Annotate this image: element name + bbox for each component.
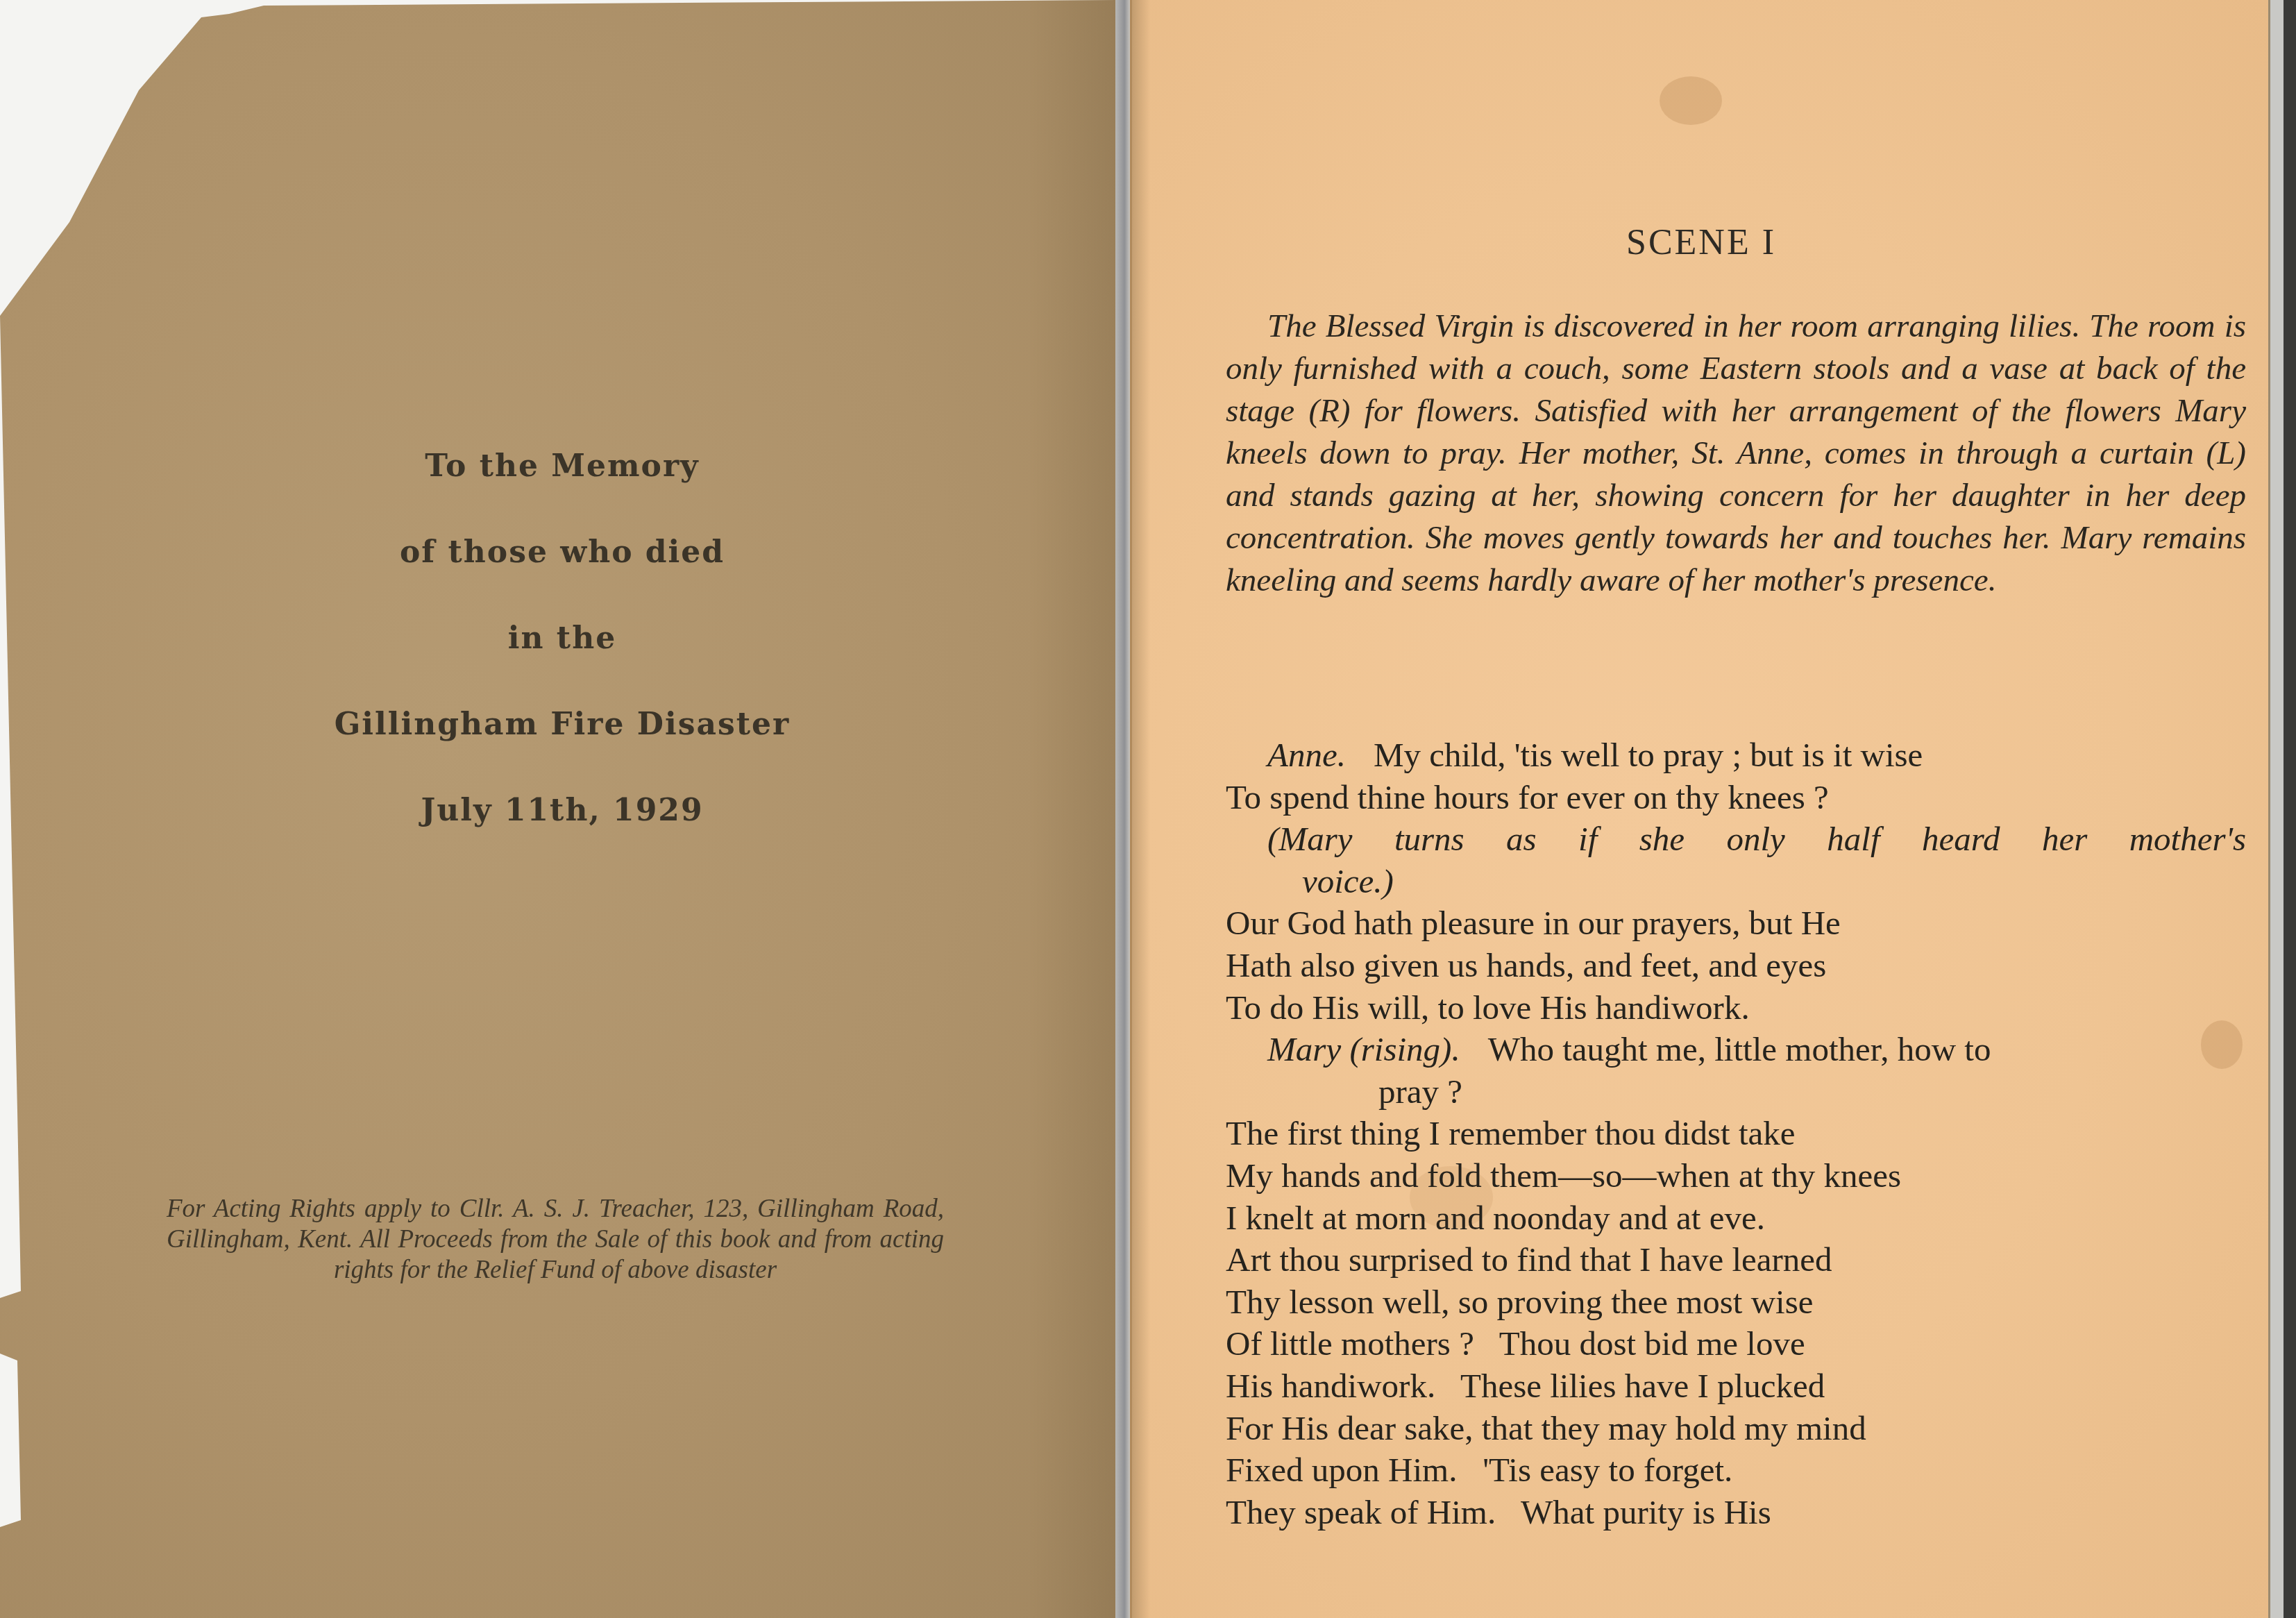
dialogue-line: My hands and fold them—so—when at thy kn… [1226,1155,2246,1197]
dialogue-line: To do His will, to love His handiwork. [1226,987,2246,1029]
dedication-line: of those who died [298,509,826,596]
dialogue-line: pray ? [1226,1071,2246,1113]
dialogue-line: Fixed upon Him. 'Tis easy to forget. [1226,1449,2246,1492]
dialogue-line: They speak of Him. What purity is His [1226,1492,2246,1534]
scene-title: SCENE I [1132,222,2270,263]
stage-direction-line: voice.) [1226,861,2246,903]
line-text: Who taught me, little mother, how to [1488,1030,1991,1068]
dialogue-line: Art thou surprised to find that I have l… [1226,1239,2246,1281]
dedication-line: in the [298,596,826,682]
dedication-block: To the Memory of those who died in the G… [298,423,826,854]
acting-rights-notice: For Acting Rights apply to Cllr. A. S. J… [167,1194,944,1286]
speaker-name: Mary (rising). [1267,1030,1460,1068]
dialogue-line: The first thing I remember thou didst ta… [1226,1113,2246,1155]
dialogue-line: For His dear sake, that they may hold my… [1226,1408,2246,1450]
dialogue-line: Mary (rising).Who taught me, little moth… [1226,1029,2246,1071]
opening-stage-direction: The Blessed Virgin is discovered in her … [1226,305,2246,602]
left-page-cover: To the Memory of those who died in the G… [0,0,1117,1618]
dialogue-line: Our God hath pleasure in our prayers, bu… [1226,902,2246,945]
paper-stain [1660,76,1722,125]
dedication-date: July 11th, 1929 [298,768,826,854]
dialogue-line: Thy lesson well, so proving thee most wi… [1226,1281,2246,1324]
dedication-line: Gillingham Fire Disaster [298,682,826,768]
right-page-scene: SCENE I The Blessed Virgin is discovered… [1130,0,2270,1618]
line-text: My child, 'tis well to pray ; but is it … [1374,736,1923,774]
stage-direction-line: (Mary turns as if she only half heard he… [1226,818,2246,861]
dialogue-block: Anne.My child, 'tis well to pray ; but i… [1226,734,2246,1533]
dialogue-line: His handiwork. These lilies have I pluck… [1226,1365,2246,1408]
dialogue-line: Hath also given us hands, and feet, and … [1226,945,2246,987]
dialogue-line: I knelt at morn and noonday and at eve. [1226,1197,2246,1240]
dialogue-line: Of little mothers ? Thou dost bid me lov… [1226,1323,2246,1365]
dialogue-line: Anne.My child, 'tis well to pray ; but i… [1226,734,2246,777]
dialogue-line: To spend thine hours for ever on thy kne… [1226,777,2246,819]
speaker-name: Anne. [1267,736,1346,774]
dedication-line: To the Memory [298,423,826,509]
page-right-edge [2268,0,2296,1618]
book-spine-gap [1115,0,1131,1618]
